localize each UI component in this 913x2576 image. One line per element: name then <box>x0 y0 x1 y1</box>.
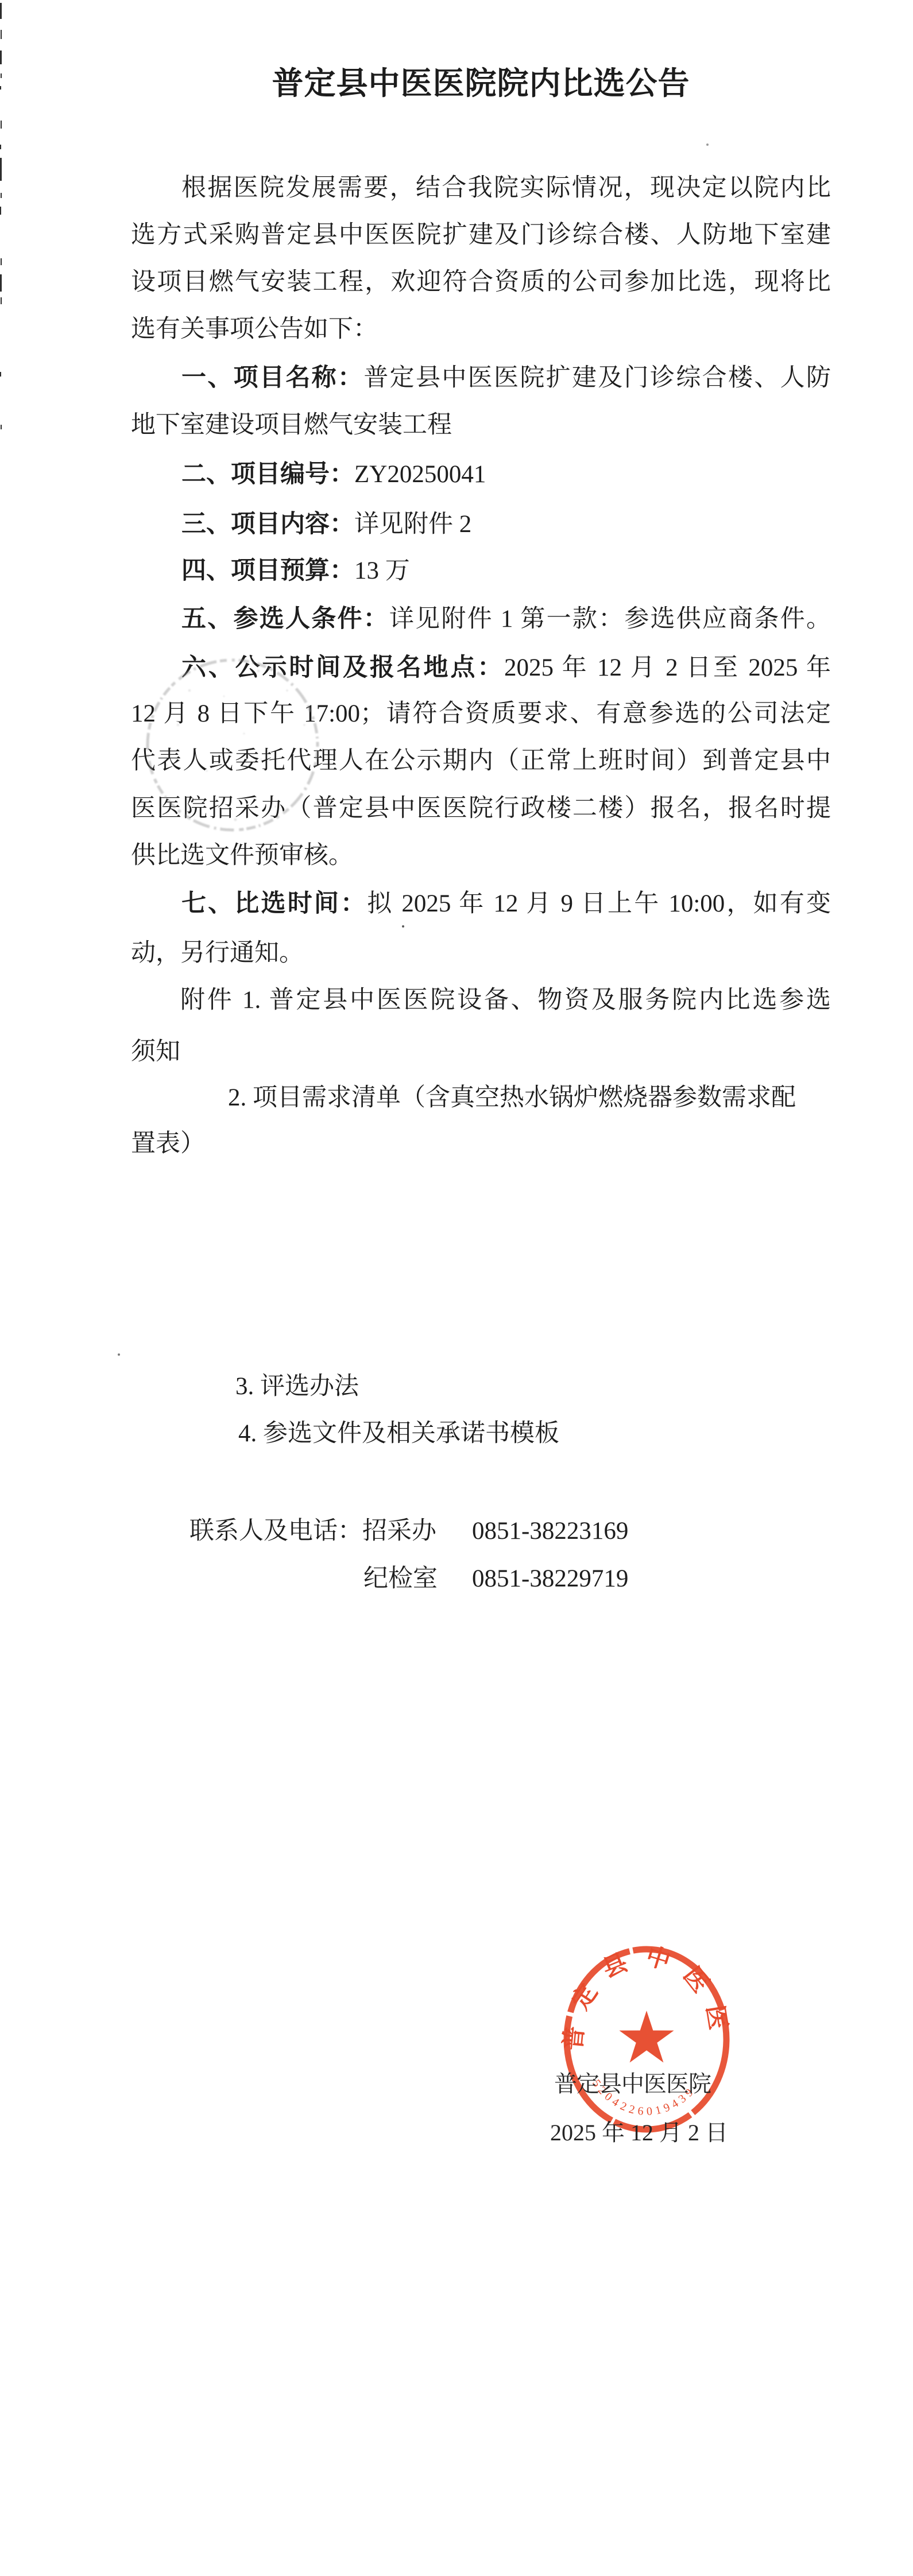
scan-artifact <box>0 158 2 181</box>
body-line: 地下室建设项目燃气安装工程 <box>131 411 452 441</box>
scan-speck <box>402 925 404 928</box>
body-line: 选方式采购普定县中医医院扩建及门诊综合楼、人防地下室建 <box>131 221 831 251</box>
body-line: 选有关事项公告如下： <box>131 315 378 345</box>
body-line: 设项目燃气安装工程，欢迎符合资质的公司参加比选，现将比 <box>131 268 831 298</box>
scan-artifact <box>1 73 2 78</box>
body-line-project-budget: 四、项目预算：13 万 <box>181 557 410 587</box>
scan-artifact <box>0 372 1 377</box>
scan-artifact <box>0 3 2 19</box>
ghost-stamp-specks <box>166 670 305 829</box>
attachment-line-4: 4. 参选文件及相关承诺书模板 <box>238 1419 559 1449</box>
attachment-line-1: 附件 1. 普定县中医医院设备、物资及服务院内比选参选 <box>180 986 831 1016</box>
body-line: 动，另行通知。 <box>131 939 304 969</box>
body-line-participant-conditions: 五、参选人条件：详见附件 1 第一款：参选供应商条件。 <box>181 605 831 635</box>
ghost-stamp-imprint <box>144 656 322 834</box>
official-seal: 普定县中医医院 5204226019439 <box>549 1935 744 2149</box>
scan-artifact <box>0 86 1 90</box>
attachment-line-1-cont: 须知 <box>131 1038 180 1068</box>
scan-artifact <box>1 425 2 429</box>
attachment-line-3: 3. 评选办法 <box>235 1372 359 1402</box>
body-line-selection-time: 七、比选时间：拟 2025 年 12 月 9 日上午 10:00，如有变 <box>181 890 831 920</box>
scan-speck <box>118 1353 120 1356</box>
scan-artifact <box>1 297 2 304</box>
scan-artifact <box>1 121 2 129</box>
seal-star-icon <box>619 2011 674 2063</box>
body-line: 根据医院发展需要，结合我院实际情况，现决定以院内比 <box>181 174 831 204</box>
ghost-stamp-ring <box>148 660 318 830</box>
signature-date: 2025 年 12 月 2 日 <box>550 2120 728 2146</box>
body-line-project-content: 三、项目内容：详见附件 2 <box>181 510 471 540</box>
scan-artifact <box>0 207 1 215</box>
scanned-notice-page: 普定县中医医院院内比选公告 根据医院发展需要，结合我院实际情况，现决定以院内比 … <box>0 0 913 2576</box>
document-title: 普定县中医医院院内比选公告 <box>131 66 831 102</box>
body-line-project-number: 二、项目编号：ZY20250041 <box>181 460 486 490</box>
scan-speck <box>706 143 709 146</box>
scan-artifact <box>1 30 2 39</box>
scan-artifact <box>1 193 2 198</box>
scan-artifact <box>0 51 2 64</box>
scan-artifact <box>0 274 2 292</box>
scan-artifact <box>1 258 2 265</box>
contact-phone-procurement: 0851-38223169 <box>472 1517 628 1546</box>
attachment-line-2: 2. 项目需求清单（含真空热水锅炉燃烧器参数需求配 <box>228 1084 796 1114</box>
body-line: 供比选文件预审核。 <box>131 841 353 871</box>
scan-artifact <box>0 145 1 149</box>
body-line-project-name: 一、项目名称：普定县中医医院扩建及门诊综合楼、人防 <box>181 364 831 394</box>
attachment-line-2-cont: 置表） <box>131 1130 205 1159</box>
contact-line-procurement: 联系人及电话：招采办 0851-38223169 <box>189 1517 764 1547</box>
signature-org: 普定县中医医院 <box>554 2071 711 2097</box>
contact-phone-discipline: 0851-38229719 <box>472 1565 628 1593</box>
contact-line-discipline: 纪检室 0851-38229719 <box>363 1565 765 1595</box>
